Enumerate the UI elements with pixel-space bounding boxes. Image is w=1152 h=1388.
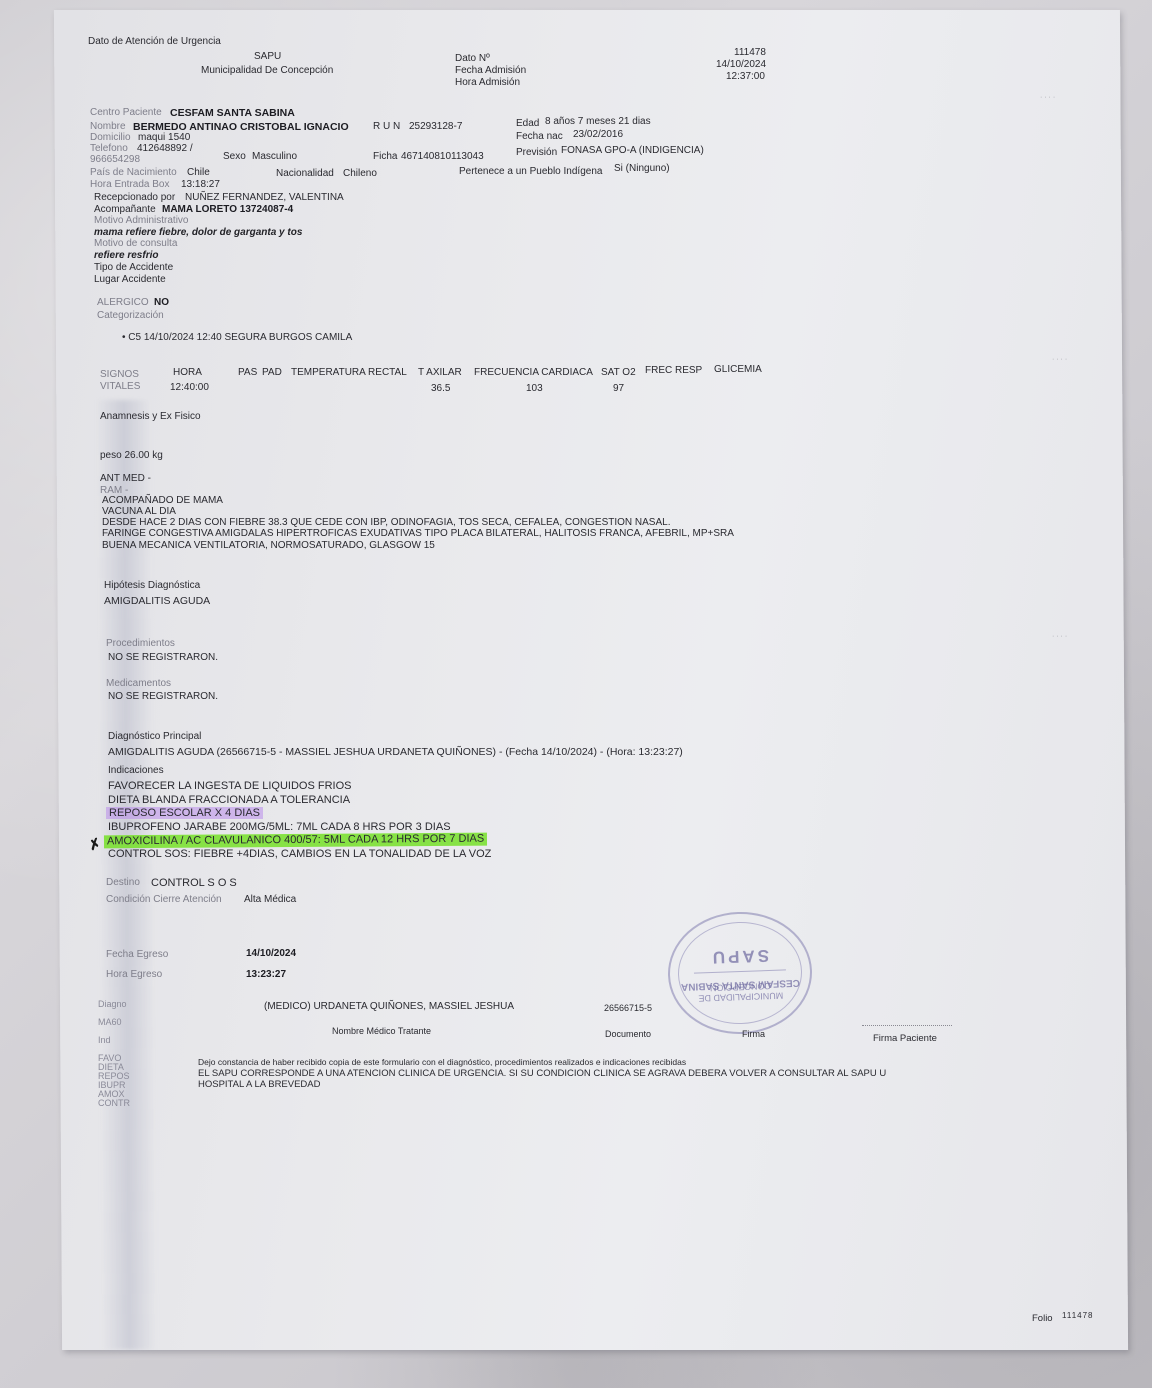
vitals-header-t-axilar: T AXILAR bbox=[418, 368, 462, 378]
pais-label: País de Nacimiento bbox=[90, 168, 177, 178]
folio-label: Folio bbox=[1032, 1314, 1053, 1324]
indication-item-highlighted: REPOSO ESCOLAR X 4 DIAS bbox=[106, 808, 263, 819]
motivo-consulta-label: Motivo de consulta bbox=[94, 239, 177, 249]
warning-text-2: HOSPITAL A LA BREVEDAD bbox=[198, 1080, 321, 1090]
indication-item-highlighted: AMOXICILINA / AC CLAVULANICO 400/57: 5ML… bbox=[104, 834, 487, 847]
documento-label: Documento bbox=[605, 1030, 651, 1039]
hora-admision-label: Hora Admisión bbox=[455, 78, 520, 88]
procedimientos-value: NO SE REGISTRARON. bbox=[108, 653, 218, 663]
procedimientos-label: Procedimientos bbox=[106, 639, 175, 649]
edad-label: Edad bbox=[516, 119, 539, 129]
ficha-value: 467140810113043 bbox=[401, 152, 484, 162]
pais-value: Chile bbox=[187, 168, 210, 178]
medico-label: Nombre Médico Tratante bbox=[332, 1027, 431, 1036]
vitals-sat-o2-value: 97 bbox=[613, 384, 624, 394]
municipality-name: Municipalidad De Concepción bbox=[201, 66, 333, 76]
institution-name: SAPU bbox=[254, 52, 281, 62]
vitals-header-pas: PAS bbox=[238, 368, 257, 378]
medico-value: (MEDICO) URDANETA QUIÑONES, MASSIEL JESH… bbox=[264, 1002, 514, 1012]
fecha-nac-label: Fecha nac bbox=[516, 132, 563, 142]
dato-n-value: 111478 bbox=[734, 48, 766, 58]
vitals-frec-cardiaca-value: 103 bbox=[526, 384, 543, 394]
edad-value: 8 años 7 meses 21 dias bbox=[545, 117, 651, 127]
telefono-value-1: 412648892 / bbox=[137, 144, 193, 154]
ficha-label: Ficha bbox=[373, 152, 397, 162]
categorizacion-label: Categorización bbox=[97, 311, 164, 321]
run-label: R U N bbox=[373, 122, 400, 132]
fecha-admision-label: Fecha Admisión bbox=[455, 66, 526, 76]
destino-label: Destino bbox=[106, 878, 140, 888]
anamnesis-label: Anamnesis y Ex Fisico bbox=[100, 412, 201, 422]
hipotesis-label: Hipótesis Diagnóstica bbox=[104, 581, 200, 591]
vitals-header-frec-resp: FREC RESP bbox=[645, 366, 702, 376]
vitals-hora-value: 12:40:00 bbox=[170, 383, 209, 393]
hora-box-value: 13:18:27 bbox=[181, 180, 220, 190]
vitals-header-sat-o2: SAT O2 bbox=[601, 368, 636, 378]
centro-value: CESFAM SANTA SABINA bbox=[170, 108, 295, 119]
form-title: Dato de Atención de Urgencia bbox=[88, 37, 221, 47]
medicamentos-label: Medicamentos bbox=[106, 679, 171, 689]
fecha-egreso-label: Fecha Egreso bbox=[106, 950, 168, 960]
consent-text: Dejo constancia de haber recibido copia … bbox=[198, 1058, 686, 1067]
vitals-label-2: VITALES bbox=[100, 382, 140, 392]
vitals-t-axilar-value: 36.5 bbox=[431, 384, 450, 394]
domicilio-label: Domicilio bbox=[90, 133, 131, 143]
alergico-label: ALERGICO bbox=[97, 298, 149, 308]
bleed-through-text: DiagnoMA60IndFAVODIETAREPOSIBUPRAMOXCONT… bbox=[98, 1000, 130, 1108]
hora-admision-value: 12:37:00 bbox=[726, 72, 765, 82]
telefono-value-2: 966654298 bbox=[90, 155, 140, 165]
centro-label: Centro Paciente bbox=[90, 108, 162, 118]
nacionalidad-label: Nacionalidad bbox=[276, 169, 334, 179]
exam-line: DESDE HACE 2 DIAS CON FIEBRE 38.3 QUE CE… bbox=[102, 518, 671, 528]
categorizacion-text: C5 14/10/2024 12:40 SEGURA BURGOS CAMILA bbox=[128, 332, 352, 343]
condicion-label: Condición Cierre Atención bbox=[106, 895, 222, 905]
destino-value: CONTROL S O S bbox=[151, 878, 237, 889]
vitals-header-hora: HORA bbox=[173, 368, 202, 378]
firma-paciente-label: Firma Paciente bbox=[873, 1034, 937, 1044]
nacionalidad-value: Chileno bbox=[343, 169, 377, 179]
margin-mark: · · · · bbox=[1052, 356, 1067, 363]
vitals-header-temp-rectal: TEMPERATURA RECTAL bbox=[291, 368, 407, 378]
hora-egreso-value: 13:23:27 bbox=[246, 970, 286, 980]
acompanante-value: MAMA LORETO 13724087-4 bbox=[162, 205, 293, 215]
pueblo-label: Pertenece a un Pueblo Indígena bbox=[459, 167, 602, 177]
hipotesis-value: AMIGDALITIS AGUDA bbox=[104, 596, 210, 607]
indication-item: FAVORECER LA INGESTA DE LIQUIDOS FRIOS bbox=[108, 781, 351, 792]
diagnosis-label: Diagnóstico Principal bbox=[108, 732, 201, 742]
fecha-nac-value: 23/02/2016 bbox=[573, 130, 623, 140]
run-value: 25293128-7 bbox=[409, 122, 462, 132]
prevision-value: FONASA GPO-A (INDIGENCIA) bbox=[561, 146, 704, 156]
vitals-header-frec-cardiaca: FRECUENCIA CARDIACA bbox=[474, 368, 593, 378]
alergico-value: NO bbox=[154, 298, 169, 308]
firma-label: Firma bbox=[742, 1030, 765, 1039]
purple-highlight: REPOSO ESCOLAR X 4 DIAS bbox=[106, 807, 263, 819]
nombre-value: BERMEDO ANTINAO CRISTOBAL IGNACIO bbox=[133, 122, 349, 133]
telefono-label: Telefono bbox=[90, 144, 128, 154]
fecha-admision-value: 14/10/2024 bbox=[716, 60, 766, 70]
sexo-value: Masculino bbox=[252, 152, 297, 162]
vitals-label-1: SIGNOS bbox=[100, 370, 139, 380]
vitals-header-glicemia: GLICEMIA bbox=[714, 365, 762, 375]
indication-item: DIETA BLANDA FRACCIONADA A TOLERANCIA bbox=[108, 795, 350, 806]
indication-item: IBUPROFENO JARABE 200MG/5ML: 7ML CADA 8 … bbox=[108, 822, 451, 833]
exam-line: ACOMPAÑADO DE MAMA bbox=[102, 496, 223, 506]
green-highlight: AMOXICILINA / AC CLAVULANICO 400/57: 5ML… bbox=[104, 833, 487, 849]
warning-text-1: EL SAPU CORRESPONDE A UNA ATENCION CLINI… bbox=[198, 1069, 886, 1079]
exam-line: BUENA MECANICA VENTILATORIA, NORMOSATURA… bbox=[102, 541, 435, 551]
motivo-adm-label: Motivo Administrativo bbox=[94, 216, 188, 226]
medicamentos-value: NO SE REGISTRARON. bbox=[108, 692, 218, 702]
nombre-label: Nombre bbox=[90, 122, 126, 132]
motivo-adm-value: mama refiere fiebre, dolor de garganta y… bbox=[94, 228, 302, 238]
condicion-value: Alta Médica bbox=[244, 895, 296, 905]
domicilio-value: maqui 1540 bbox=[138, 133, 190, 143]
hora-egreso-label: Hora Egreso bbox=[106, 970, 162, 980]
fecha-egreso-value: 14/10/2024 bbox=[246, 949, 296, 959]
vitals-header-pad: PAD bbox=[262, 368, 282, 378]
prevision-label: Previsión bbox=[516, 148, 557, 158]
tipo-accidente-label: Tipo de Accidente bbox=[94, 263, 173, 273]
folio-value: 111478 bbox=[1062, 1312, 1094, 1320]
diagnosis-value: AMIGDALITIS AGUDA (26566715-5 - MASSIEL … bbox=[108, 747, 683, 758]
acompanante-label: Acompañante bbox=[94, 205, 156, 215]
indications-label: Indicaciones bbox=[108, 766, 164, 776]
exam-line: VACUNA AL DIA bbox=[102, 507, 176, 517]
margin-mark: · · · · bbox=[1052, 633, 1067, 640]
hora-box-label: Hora Entrada Box bbox=[90, 180, 170, 190]
indication-item: CONTROL SOS: FIEBRE +4DIAS, CAMBIOS EN L… bbox=[108, 849, 491, 860]
margin-mark: · · · · bbox=[1040, 94, 1055, 101]
motivo-consulta-value: refiere resfrio bbox=[94, 251, 158, 261]
exam-line: FARINGE CONGESTIVA AMIGDALAS HIPERTROFIC… bbox=[102, 529, 734, 539]
patient-signature-line bbox=[862, 1025, 952, 1026]
recepcionado-value: NUÑEZ FERNANDEZ, VALENTINA bbox=[185, 193, 344, 203]
documento-value: 26566715-5 bbox=[604, 1004, 652, 1013]
lugar-accidente-label: Lugar Accidente bbox=[94, 275, 166, 285]
peso-value: peso 26.00 kg bbox=[100, 451, 163, 461]
sexo-label: Sexo bbox=[223, 152, 246, 162]
recepcionado-label: Recepcionado por bbox=[94, 193, 175, 203]
exam-line: ANT MED - bbox=[100, 474, 151, 484]
categorizacion-value: • C5 14/10/2024 12:40 SEGURA BURGOS CAMI… bbox=[122, 333, 352, 343]
pueblo-value: Si (Ninguno) bbox=[614, 164, 670, 174]
dato-n-label: Dato Nº bbox=[455, 54, 490, 64]
